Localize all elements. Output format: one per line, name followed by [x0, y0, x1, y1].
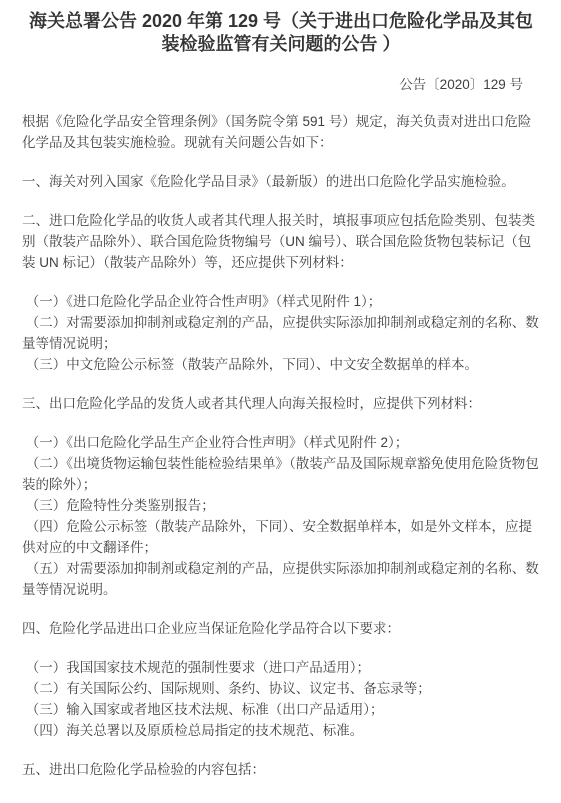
page-title: 海关总署公告 2020 年第 129 号（关于进出口危险化学品及其包装检验监管有…	[22, 8, 540, 56]
paragraph: 一、海关对列入国家《危险化学品目录》（最新版）的进出口危险化学品实施检验。	[22, 171, 540, 192]
paragraph-block: 根据《危险化学品安全管理条例》（国务院令第 591 号）规定，海关负责对进出口危…	[22, 111, 540, 153]
paragraph-block: （一）我国国家技术规范的强制性要求（进口产品适用）； （二）有关国际公约、国际规…	[22, 657, 540, 741]
paragraph-block: 五、进出口危险化学品检验的内容包括：	[22, 759, 540, 780]
paragraph: 二、进口危险化学品的收货人或者其代理人报关时，填报事项应包括危险类别、包装类别（…	[22, 210, 540, 273]
paragraph-block: 三、出口危险化学品的发货人或者其代理人向海关报检时，应提供下列材料：	[22, 393, 540, 414]
paragraph: 三、出口危险化学品的发货人或者其代理人向海关报检时，应提供下列材料：	[22, 393, 540, 414]
list-item: （一）《进口危险化学品企业符合性声明》（样式见附件 1）；	[22, 291, 540, 312]
paragraph-block: 二、进口危险化学品的收货人或者其代理人报关时，填报事项应包括危险类别、包装类别（…	[22, 210, 540, 273]
paragraph: 根据《危险化学品安全管理条例》（国务院令第 591 号）规定，海关负责对进出口危…	[22, 111, 540, 153]
list-item: （二）《出境货物运输包装性能检验结果单》（散装产品及国际规章豁免使用危险货物包装…	[22, 453, 540, 495]
paragraph: 四、危险化学品进出口企业应当保证危险化学品符合以下要求：	[22, 618, 540, 639]
list-item: （二）有关国际公约、国际规则、条约、协议、议定书、备忘录等；	[22, 678, 540, 699]
document-body: 根据《危险化学品安全管理条例》（国务院令第 591 号）规定，海关负责对进出口危…	[22, 111, 540, 780]
list-item: （四）危险公示标签（散装产品除外，下同）、安全数据单样本，如是外文样本，应提供对…	[22, 516, 540, 558]
list-item: （五）对需要添加抑制剂或稳定剂的产品，应提供实际添加抑制剂或稳定剂的名称、数量等…	[22, 558, 540, 600]
list-item: （一）《出口危险化学品生产企业符合性声明》（样式见附件 2）；	[22, 432, 540, 453]
list-item: （三）输入国家或者地区技术法规、标准（出口产品适用）；	[22, 699, 540, 720]
doc-number: 公告〔2020〕129 号	[22, 77, 540, 93]
list-item: （二）对需要添加抑制剂或稳定剂的产品，应提供实际添加抑制剂或稳定剂的名称、数量等…	[22, 312, 540, 354]
announcement-document: 海关总署公告 2020 年第 129 号（关于进出口危险化学品及其包装检验监管有…	[0, 0, 561, 803]
paragraph-block: （一）《出口危险化学品生产企业符合性声明》（样式见附件 2）； （二）《出境货物…	[22, 432, 540, 600]
list-item: （四）海关总署以及原质检总局指定的技术规范、标准。	[22, 720, 540, 741]
list-item: （三）危险特性分类鉴别报告；	[22, 495, 540, 516]
paragraph-block: 一、海关对列入国家《危险化学品目录》（最新版）的进出口危险化学品实施检验。	[22, 171, 540, 192]
list-item: （三）中文危险公示标签（散装产品除外，下同）、中文安全数据单的样本。	[22, 354, 540, 375]
paragraph-block: （一）《进口危险化学品企业符合性声明》（样式见附件 1）； （二）对需要添加抑制…	[22, 291, 540, 375]
paragraph: 五、进出口危险化学品检验的内容包括：	[22, 759, 540, 780]
list-item: （一）我国国家技术规范的强制性要求（进口产品适用）；	[22, 657, 540, 678]
paragraph-block: 四、危险化学品进出口企业应当保证危险化学品符合以下要求：	[22, 618, 540, 639]
